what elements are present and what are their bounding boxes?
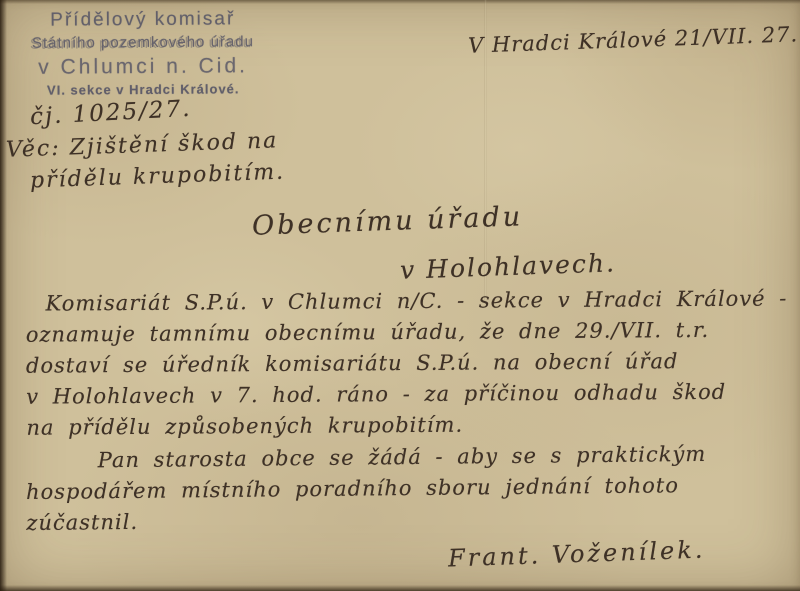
subject-line-1: Věc: Zjištění škod na	[6, 128, 279, 162]
paper-edge-shadow-bottom	[0, 585, 800, 591]
body-line: oznamuje tamnímu obecnímu úřadu, že dne …	[26, 314, 798, 350]
body-paragraph-1: Komisariát S.P.ú. v Chlumci n/C. - sekce…	[25, 283, 798, 443]
signature: Frant. Voženílek.	[448, 536, 706, 573]
body-paragraph-2: Pan starosta obce se žádá - aby se s pra…	[26, 438, 799, 539]
dateline: V Hradci Králové 21/VII. 27.	[468, 22, 799, 58]
subject-line-2: přídělu krupobitím.	[30, 160, 286, 194]
official-rubber-stamp: Přídělový komisař Státního pozemkového ú…	[12, 7, 275, 101]
recipient-place: v Holohlavech.	[400, 248, 617, 285]
reference-number: čj. 1025/27.	[29, 96, 192, 130]
stamp-office-title: Přídělový komisař	[12, 7, 274, 33]
scanned-letter-page: Přídělový komisař Státního pozemkového ú…	[0, 0, 800, 591]
stamp-office-place: v Chlumci n. Cid.	[12, 53, 274, 81]
stamp-office-name: Státního pozemkového úřadu	[12, 31, 274, 55]
body-line: v Holohlavech v 7. hod. ráno - za příčin…	[26, 376, 798, 412]
recipient-name: Obecnímu úřadu	[252, 201, 524, 241]
paper-edge-shadow-left	[0, 0, 7, 591]
paper-edge-shadow-top	[0, 0, 800, 4]
